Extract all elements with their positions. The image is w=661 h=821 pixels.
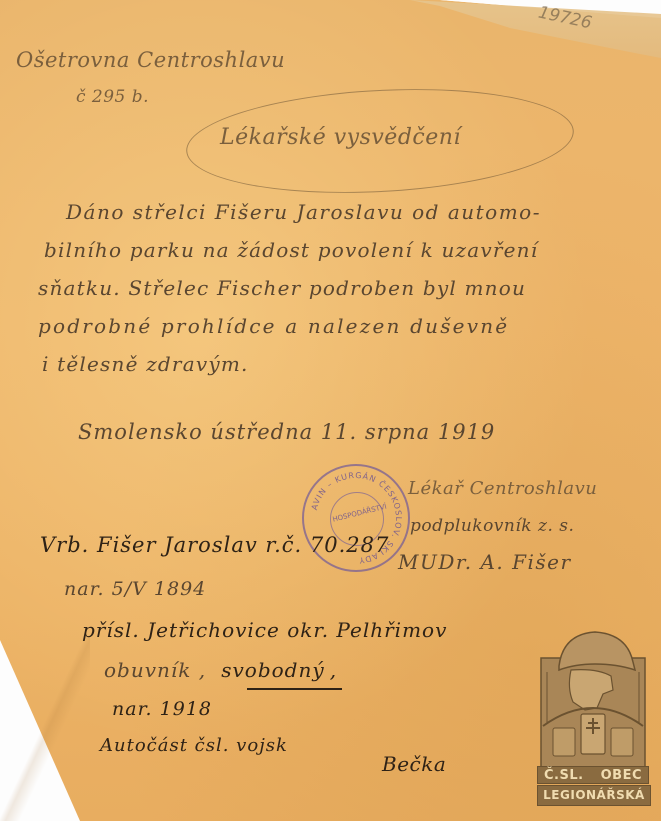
- logo-line-2: LEGIONÁŘSKÁ: [537, 785, 651, 806]
- body-line-1: Dáno střelci Fišeru Jaroslavu od automo-: [66, 200, 541, 224]
- body-line-2: bilního parku na žádost povolení k uzavř…: [44, 238, 538, 262]
- annotation-unit-line: Autočást čsl. vojsk: [100, 735, 288, 756]
- annotation-year-line: nar. 1918: [112, 698, 212, 720]
- logo-obec-text: OBEC: [601, 767, 642, 783]
- institution-header: Ošetrovna Centroshlavu: [16, 48, 285, 72]
- place-date: Smolensko ústředna 11. srpna 1919: [78, 420, 495, 444]
- annotation-residence-line: přísl. Jetřichovice okr. Pelhřimov: [82, 618, 447, 642]
- body-line-3: sňatku. Střelec Fischer podroben byl mno…: [38, 276, 526, 300]
- soldier-helmet-emblem-icon: [537, 628, 649, 768]
- marital-status-underline: [247, 688, 342, 690]
- annotation-occupation: obuvník ,: [104, 658, 206, 682]
- annotation-marital-status: svobodný: [221, 658, 324, 682]
- document-title: Lékařské vysvědčení: [220, 125, 461, 150]
- legion-logo: Č.SL. OBEC LEGIONÁŘSKÁ: [537, 628, 649, 806]
- signature-title: Lékař Centroshlavu: [408, 478, 597, 499]
- logo-csl-text: Č.SL.: [544, 767, 584, 783]
- torn-edge-shadow: [0, 636, 90, 821]
- body-line-4: podrobné prohlídce a nalezen duševně: [38, 314, 509, 338]
- body-line-5: i tělesně zdravým.: [42, 352, 249, 376]
- annotation-birth-line: nar. 5/V 1894: [64, 578, 206, 600]
- signature-rank: podplukovník z. s.: [410, 516, 574, 536]
- signature-name: MUDr. A. Fišer: [398, 550, 572, 574]
- logo-line-1: Č.SL. OBEC: [537, 766, 649, 784]
- annotation-status-line: obuvník , svobodný ,: [104, 658, 337, 682]
- document-number: č 295 b.: [76, 87, 149, 107]
- annotation-comma: ,: [330, 658, 337, 682]
- annotation-signature: Bečka: [382, 752, 446, 776]
- annotation-name-line: Vrb. Fišer Jaroslav r.č. 70.287: [40, 533, 389, 557]
